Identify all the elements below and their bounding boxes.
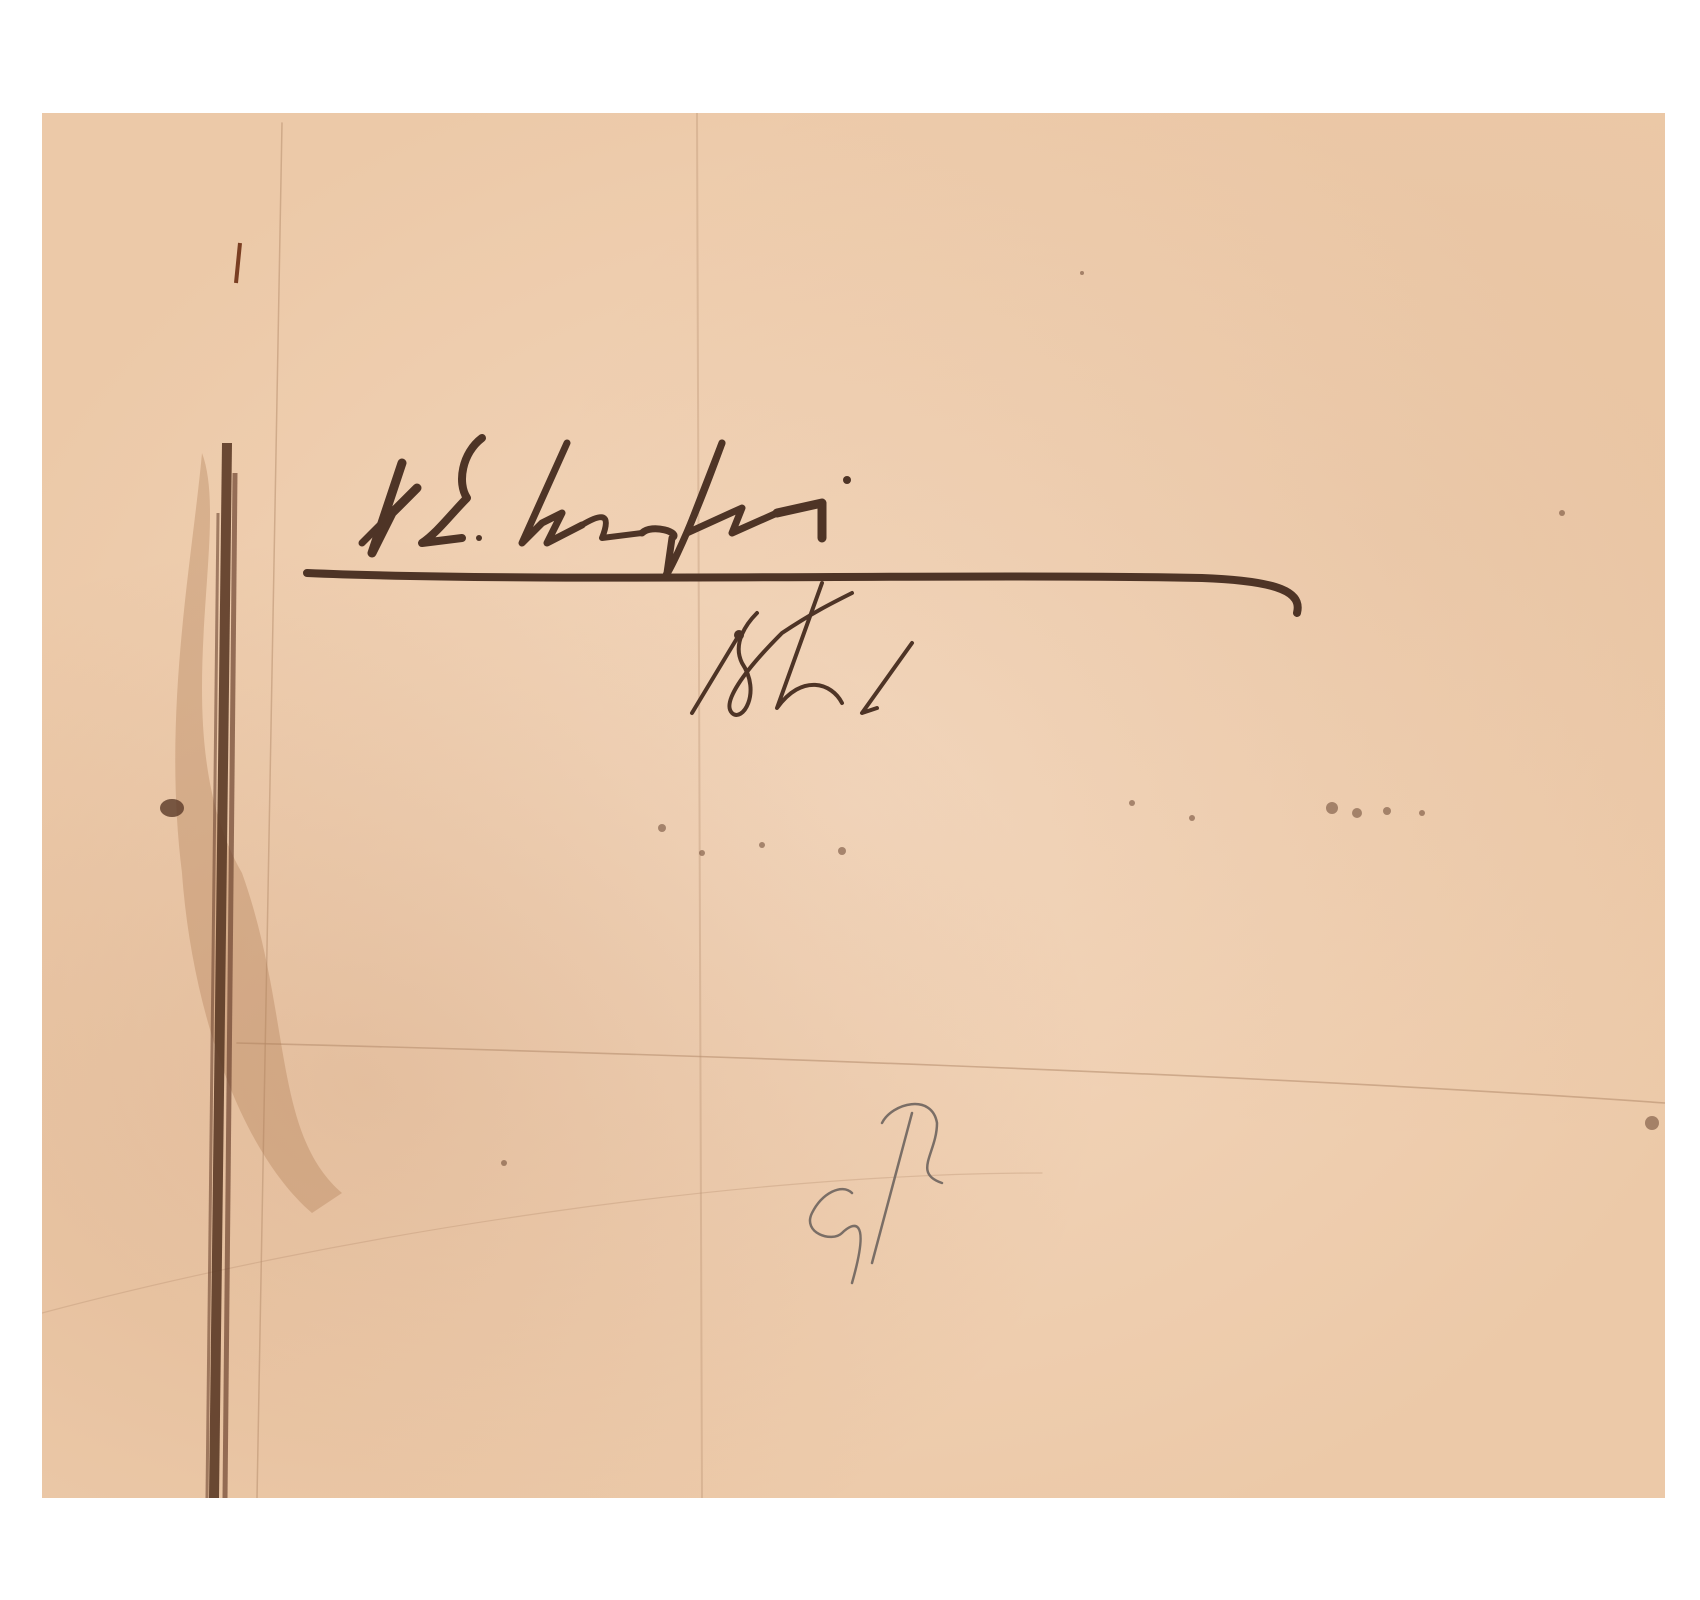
pencil-mark-strokes [810,1104,942,1283]
signature-strokes [362,438,851,575]
paper-artwork [42,113,1665,1498]
year-strokes [692,583,912,715]
aged-paper-sheet: W. E. Wright 1861 G P [42,113,1665,1498]
